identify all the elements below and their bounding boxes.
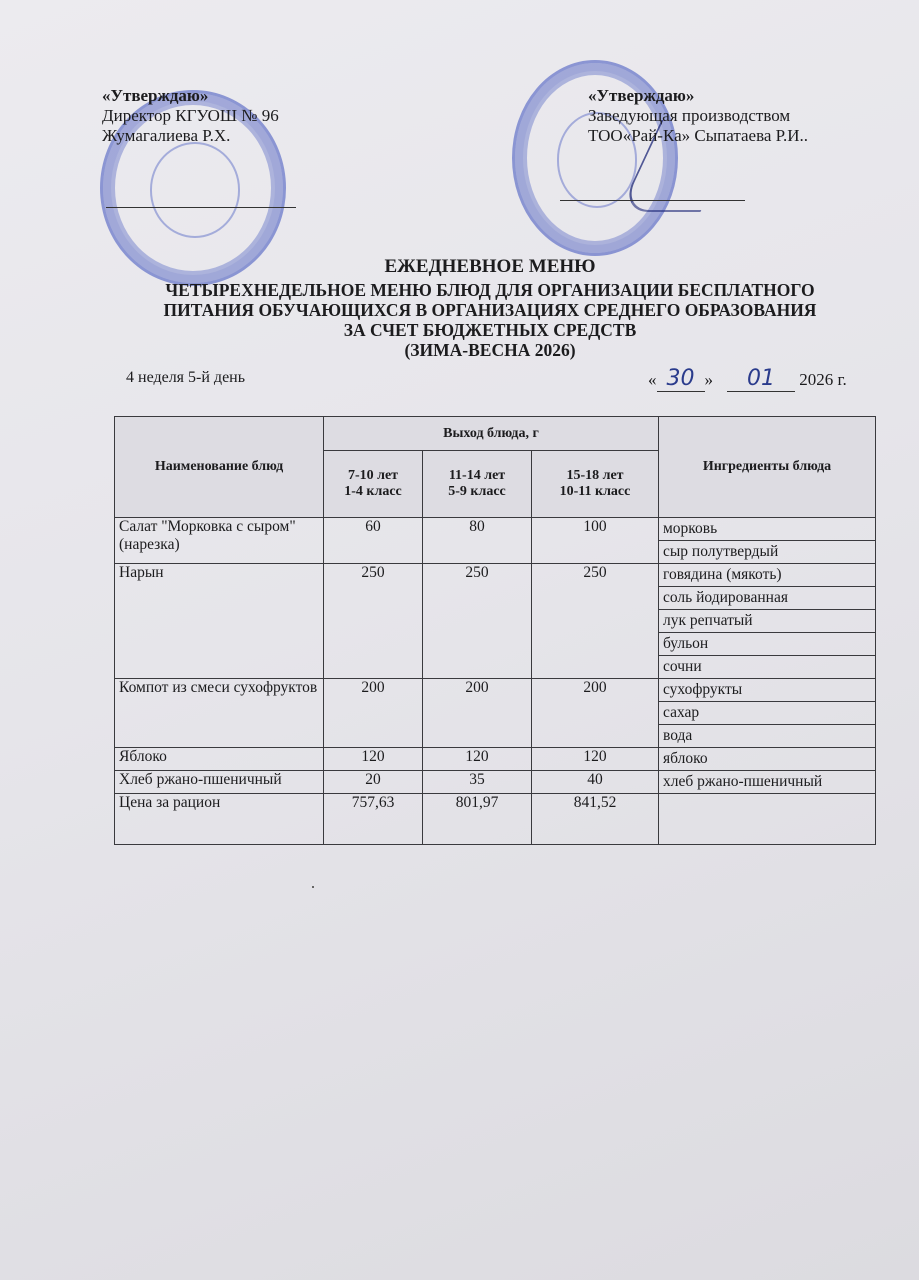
table-row: Нарын250250250говядина (мякоть) (115, 564, 876, 587)
header-age-group: 15-18 лет10-11 класс (532, 451, 659, 518)
approval-title: «Утверждаю» (102, 86, 279, 106)
price-value: 801,97 (423, 794, 532, 845)
date-month: 01 (727, 366, 795, 392)
subtitle-line: (ЗИМА-ВЕСНА 2026) (100, 340, 880, 360)
ingredient: лук репчатый (659, 610, 876, 633)
yield-value: 200 (324, 679, 423, 748)
quote: » (705, 370, 714, 389)
yield-value: 60 (324, 518, 423, 564)
ingredient: морковь (659, 518, 876, 541)
quote: « (648, 370, 657, 389)
dish-name: Компот из смеси сухофруктов (115, 679, 324, 748)
table-row: Салат "Морковка с сыром" (нарезка)608010… (115, 518, 876, 541)
ingredient: сыр полутвердый (659, 541, 876, 564)
ingredient: бульон (659, 633, 876, 656)
table-row: Яблоко120120120яблоко (115, 748, 876, 771)
date-day: 30 (657, 366, 705, 392)
header-yield: Выход блюда, г (324, 417, 659, 451)
approval-block-production: «Утверждаю» Заведующая производством ТОО… (588, 86, 808, 146)
price-label: Цена за рацион (115, 794, 324, 845)
signature-line (560, 200, 745, 201)
ingredient: вода (659, 725, 876, 748)
yield-value: 250 (423, 564, 532, 679)
dish-name: Хлеб ржано-пшеничный (115, 771, 324, 794)
yield-value: 120 (423, 748, 532, 771)
price-row: Цена за рацион757,63801,97841,52 (115, 794, 876, 845)
yield-value: 100 (532, 518, 659, 564)
dish-name: Салат "Морковка с сыром" (нарезка) (115, 518, 324, 564)
yield-value: 200 (532, 679, 659, 748)
approval-block-director: «Утверждаю» Директор КГУОШ № 96 Жумагали… (102, 86, 279, 146)
approval-person: Жумагалиева Р.Х. (102, 126, 279, 146)
ingredient: яблоко (659, 748, 876, 771)
signature-line (106, 207, 296, 208)
yield-value: 250 (324, 564, 423, 679)
header-ingredients: Ингредиенты блюда (659, 417, 876, 518)
dish-name: Нарын (115, 564, 324, 679)
empty-cell (659, 794, 876, 845)
subtitle-line: ПИТАНИЯ ОБУЧАЮЩИХСЯ В ОРГАНИЗАЦИЯХ СРЕДН… (100, 300, 880, 320)
approval-position: Заведующая производством (588, 106, 808, 126)
yield-value: 200 (423, 679, 532, 748)
document-title: ЕЖЕДНЕВНОЕ МЕНЮ (100, 256, 880, 278)
price-value: 757,63 (324, 794, 423, 845)
yield-value: 120 (324, 748, 423, 771)
document-date: «30»01 2026 г. (648, 366, 847, 392)
document-subtitle: ЧЕТЫРЕХНЕДЕЛЬНОЕ МЕНЮ БЛЮД ДЛЯ ОРГАНИЗАЦ… (100, 280, 880, 360)
table-row: Хлеб ржано-пшеничный203540хлеб ржано-пше… (115, 771, 876, 794)
ingredient: соль йодированная (659, 587, 876, 610)
yield-value: 40 (532, 771, 659, 794)
header-age-group: 11-14 лет5-9 класс (423, 451, 532, 518)
speck (312, 886, 314, 888)
ingredient: сочни (659, 656, 876, 679)
dish-name: Яблоко (115, 748, 324, 771)
table-row: Компот из смеси сухофруктов200200200сухо… (115, 679, 876, 702)
yield-value: 80 (423, 518, 532, 564)
approval-person: ТОО«Рай-Ка» Сыпатаева Р.И.. (588, 126, 808, 146)
ingredient: сахар (659, 702, 876, 725)
menu-table: Наименование блюд Выход блюда, г Ингреди… (114, 416, 876, 845)
subtitle-line: ЗА СЧЕТ БЮДЖЕТНЫХ СРЕДСТВ (100, 320, 880, 340)
ingredient: сухофрукты (659, 679, 876, 702)
date-year: 2026 г. (799, 370, 847, 389)
subtitle-line: ЧЕТЫРЕХНЕДЕЛЬНОЕ МЕНЮ БЛЮД ДЛЯ ОРГАНИЗАЦ… (100, 280, 880, 300)
yield-value: 120 (532, 748, 659, 771)
header-age-group: 7-10 лет1-4 класс (324, 451, 423, 518)
yield-value: 20 (324, 771, 423, 794)
yield-value: 250 (532, 564, 659, 679)
header-dish-name: Наименование блюд (115, 417, 324, 518)
week-day-label: 4 неделя 5-й день (126, 369, 245, 387)
ingredient: хлеб ржано-пшеничный (659, 771, 876, 794)
yield-value: 35 (423, 771, 532, 794)
ingredient: говядина (мякоть) (659, 564, 876, 587)
approval-position: Директор КГУОШ № 96 (102, 106, 279, 126)
approval-title: «Утверждаю» (588, 86, 808, 106)
price-value: 841,52 (532, 794, 659, 845)
